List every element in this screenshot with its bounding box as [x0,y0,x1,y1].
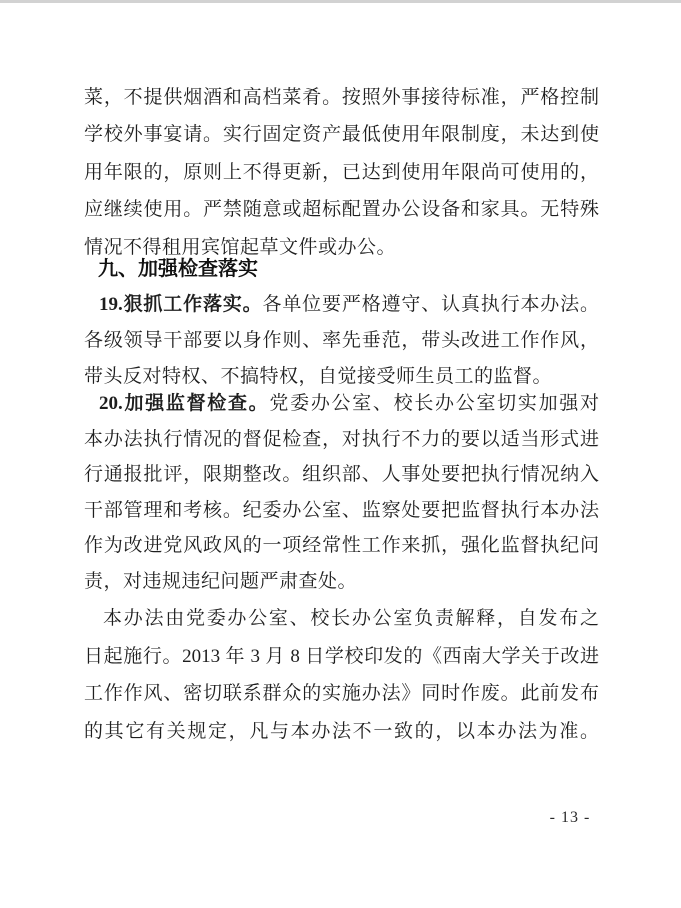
body-line: 本办法执行情况的督促检查，对执行不力的要以适当形式进 [84,421,599,459]
section-heading: 九、加强检查落实 [84,250,599,288]
body-line: 责，对违规违纪问题严肃查处。 [84,563,599,601]
document-page: 菜，不提供烟酒和高档菜肴。按照外事接待标准，严格控制 学校外事宴请。实行固定资产… [0,0,681,908]
body-line: 学校外事宴请。实行固定资产最低使用年限制度，未达到使 [84,116,599,154]
body-line: 工作作风、密切联系群众的实施办法》同时作废。此前发布 [84,675,599,713]
body-line: 20.加强监督检查。党委办公室、校长办公室切实加强对 [84,385,599,423]
body-line: 各级领导干部要以身作则、率先垂范，带头改进工作作风， [84,322,599,360]
body-line: 用年限的，原则上不得更新，已达到使用年限尚可使用的， [84,154,599,192]
page-number: - 13 - [538,806,602,830]
body-line: 干部管理和考核。纪委办公室、监察处要把监督执行本办法 [84,492,599,530]
item-text: 党委办公室、校长办公室切实加强对 [269,393,599,414]
body-line: 行通报批评，限期整改。组织部、人事处要把执行情况纳入 [84,456,599,494]
body-line: 菜，不提供烟酒和高档菜肴。按照外事接待标准，严格控制 [84,79,599,117]
body-line: 应继续使用。严禁随意或超标配置办公设备和家具。无特殊 [84,191,599,229]
body-line: 的其它有关规定，凡与本办法不一致的，以本办法为准。 [84,713,599,751]
body-line: 本办法由党委办公室、校长办公室负责解释，自发布之 [84,600,599,638]
item-number-lead: 20.加强监督检查。 [99,393,269,414]
item-number-lead: 19.狠抓工作落实。 [99,294,263,315]
body-line: 作为改进党风政风的一项经常性工作来抓，强化监督执纪问 [84,527,599,565]
scan-edge-artifact [0,0,681,3]
item-text: 各单位要严格遵守、认真执行本办法。 [263,294,599,315]
body-line: 19.狠抓工作落实。各单位要严格遵守、认真执行本办法。 [84,286,599,324]
body-line: 日起施行。2013 年 3 月 8 日学校印发的《西南大学关于改进 [84,638,599,676]
